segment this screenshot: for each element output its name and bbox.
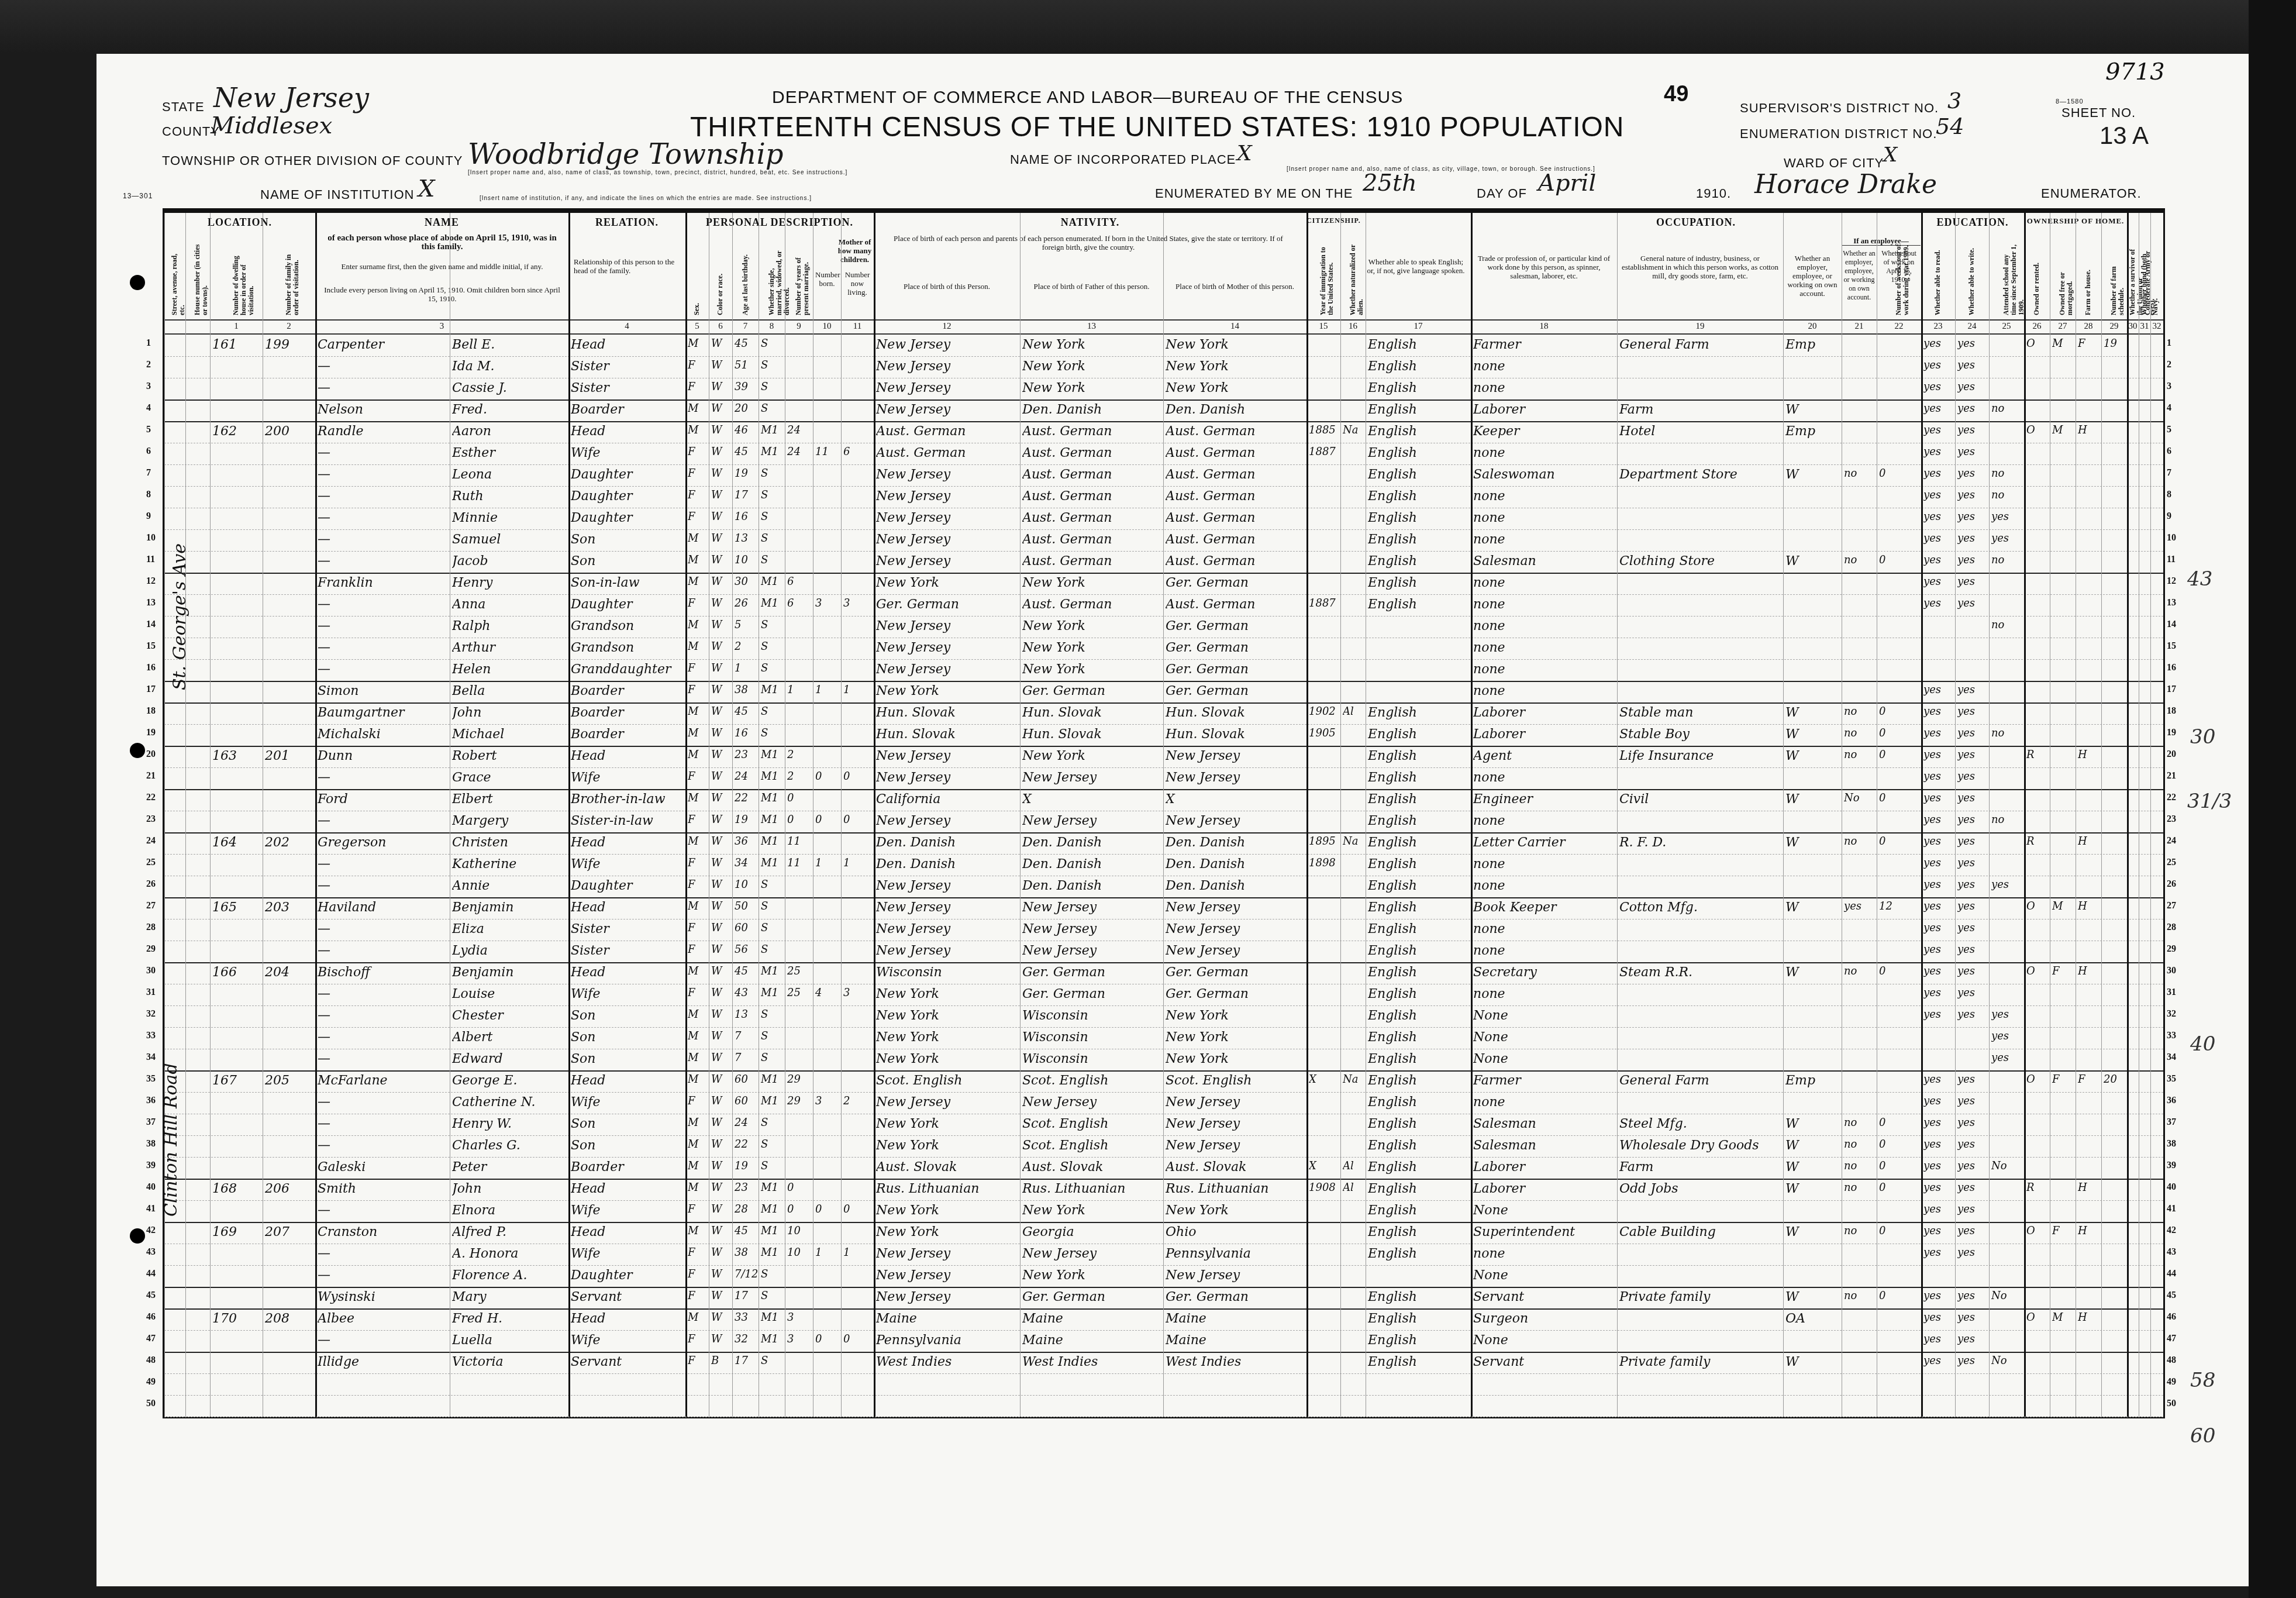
cell-dw: 169	[212, 1225, 261, 1239]
cell-mpob: New Jersey	[1166, 749, 1305, 763]
cell-read: yes	[1923, 554, 1954, 566]
stamp-number: 49	[1664, 82, 1688, 107]
cell-surname: —	[318, 640, 449, 655]
cell-occ: none	[1473, 576, 1616, 590]
cell-ms: S	[761, 619, 784, 631]
cell-school: yes	[1991, 1030, 2023, 1042]
cell-ind: Wholesale Dry Goods	[1619, 1138, 1782, 1153]
cell-occ: none	[1473, 770, 1616, 785]
cell-emp: W	[1785, 1138, 1840, 1153]
table-row: —A. HonoraWifeFW38M11011New JerseyNew Je…	[164, 1244, 2163, 1266]
cell-sex: F	[688, 489, 708, 501]
cell-lang: English	[1368, 489, 1470, 504]
cell-out: no	[1844, 467, 1876, 480]
line-number: 20	[2167, 749, 2176, 760]
cell-age: 7	[735, 1030, 757, 1042]
cell-pob: West Indies	[876, 1355, 1019, 1369]
cell-write: yes	[1957, 381, 1988, 393]
cell-mpob: Aust. German	[1166, 446, 1305, 460]
cell-wks: 0	[1879, 749, 1920, 761]
column-number: 26	[2024, 322, 2050, 332]
cell-yrs: 0	[787, 814, 812, 826]
table-row: —ElnoraWifeFW28M1000New YorkNew YorkNew …	[164, 1200, 2163, 1223]
cell-fpob: Aust. German	[1022, 511, 1162, 525]
line-number: 34	[146, 1052, 156, 1063]
cell-age: 17	[735, 1290, 757, 1302]
cell-emp: W	[1785, 402, 1840, 417]
cell-given: Lydia	[452, 943, 567, 958]
table-row: —MinnieDaughterFW16SNew JerseyAust. Germ…	[164, 508, 2163, 530]
cell-own: O	[2026, 965, 2049, 977]
column-divider	[732, 213, 733, 1417]
cell-write: yes	[1957, 489, 1988, 501]
cell-fpob: New Jersey	[1022, 922, 1162, 936]
cell-mpob: Den. Danish	[1166, 835, 1305, 850]
cell-race: W	[711, 835, 731, 848]
cell-pob: Pennsylvania	[876, 1333, 1019, 1348]
cell-rel: Sister	[571, 381, 684, 395]
cell-read: yes	[1923, 900, 1954, 912]
cell-fpob: New York	[1022, 337, 1162, 352]
cell-write: yes	[1957, 359, 1988, 371]
cell-mpob: Ger. German	[1166, 662, 1305, 677]
cell-lang: English	[1368, 727, 1470, 742]
cell-pob: Aust. German	[876, 446, 1019, 460]
cell-rel: Daughter	[571, 597, 684, 612]
column-number: 27	[2050, 322, 2076, 332]
line-number: 1	[2167, 338, 2171, 349]
cell-ms: M1	[761, 814, 784, 826]
cell-pob: New Jersey	[876, 943, 1019, 958]
day-of-label: day of	[1477, 186, 1527, 201]
cell-given: Cassie J.	[452, 381, 567, 395]
supervisor-value: 3	[1947, 88, 1961, 113]
cell-farm: H	[2078, 424, 2100, 436]
cell-lang: English	[1368, 1073, 1470, 1088]
column-header-vertical: Sex.	[693, 242, 701, 315]
line-number: 33	[146, 1031, 156, 1041]
cell-write: yes	[1957, 814, 1988, 826]
cell-ms: M1	[761, 770, 784, 783]
cell-ms: M1	[761, 1073, 784, 1086]
line-number: 27	[2167, 901, 2176, 911]
table-row: 170208AlbeeFred H.HeadMW33M13MaineMaineM…	[164, 1308, 2163, 1331]
cell-surname: Randle	[318, 424, 449, 439]
cell-pob: Hun. Slovak	[876, 727, 1019, 742]
line-number: 11	[146, 555, 155, 565]
cell-mpob: New Jersey	[1166, 900, 1305, 915]
cell-sex: M	[688, 1073, 708, 1086]
cell-free: F	[2052, 965, 2074, 977]
cell-read: yes	[1923, 835, 1954, 848]
cell-occ: none	[1473, 359, 1616, 374]
table-row: BaumgartnerJohnBoarderMW45SHun. SlovakHu…	[164, 702, 2163, 725]
cell-occ: Servant	[1473, 1355, 1616, 1369]
line-number: 18	[2167, 706, 2176, 717]
column-number: 23	[1921, 322, 1955, 332]
name-instr-2: Include every person living on April 15,…	[322, 285, 562, 303]
cell-fpob: Maine	[1022, 1311, 1162, 1326]
cell-mpob: New Jersey	[1166, 1138, 1305, 1153]
cell-out: no	[1844, 1117, 1876, 1129]
table-row: FordElbertBrother-in-lawMW22M10Californi…	[164, 789, 2163, 811]
cell-fpob: Wisconsin	[1022, 1030, 1162, 1045]
line-number: 2	[2167, 360, 2171, 370]
line-number: 6	[146, 446, 151, 457]
cell-surname: —	[318, 532, 449, 547]
cell-mpob: New Jersey	[1166, 814, 1305, 828]
group-location: LOCATION.	[164, 216, 315, 229]
cell-pob: New Jersey	[876, 922, 1019, 936]
cell-race: W	[711, 424, 731, 436]
cell-out: no	[1844, 554, 1876, 566]
cell-race: W	[711, 922, 731, 934]
line-number: 47	[2167, 1334, 2176, 1344]
cell-given: Mary	[452, 1290, 567, 1304]
cell-surname: Albee	[318, 1311, 449, 1326]
cell-read: yes	[1923, 402, 1954, 415]
cell-yrs: 0	[787, 1182, 812, 1194]
ed-label: Enumeration District No.	[1740, 126, 1937, 142]
cell-race: W	[711, 1311, 731, 1324]
column-divider	[185, 213, 186, 1417]
cell-sex: M	[688, 900, 708, 912]
column-header-vertical: Street, avenue, road, etc.	[171, 242, 186, 315]
cell-write: yes	[1957, 1333, 1988, 1345]
cell-race: W	[711, 1008, 731, 1021]
line-number: 46	[146, 1312, 156, 1323]
cell-sex: F	[688, 857, 708, 869]
cell-mpob: Aust. Slovak	[1166, 1160, 1305, 1175]
cell-age: 10	[735, 554, 757, 566]
cell-age: 19	[735, 814, 757, 826]
cell-pob: New York	[876, 1138, 1019, 1153]
cell-race: W	[711, 857, 731, 869]
cell-wks: 0	[1879, 554, 1920, 566]
cell-lang: English	[1368, 900, 1470, 915]
table-row: MichalskiMichaelBoarderMW16SHun. SlovakH…	[164, 724, 2163, 747]
line-number: 50	[2167, 1399, 2176, 1409]
line-number: 7	[146, 468, 151, 478]
cell-wks: 0	[1879, 792, 1920, 804]
cell-living: 3	[843, 987, 873, 999]
line-number: 2	[146, 360, 151, 370]
cell-sex: F	[688, 467, 708, 480]
cell-fpob: New Jersey	[1022, 943, 1162, 958]
cell-race: W	[711, 1030, 731, 1042]
cell-fpob: New Jersey	[1022, 770, 1162, 785]
cell-born: 1	[815, 684, 840, 696]
cell-ind: Civil	[1619, 792, 1782, 807]
table-row: 164202GregersonChristenHeadMW36M111Den. …	[164, 832, 2163, 855]
column-header-vertical: Year of immigration to the United States…	[1319, 242, 1335, 315]
line-number: 19	[2167, 728, 2176, 738]
cell-sex: M	[688, 727, 708, 739]
cell-lang: English	[1368, 1030, 1470, 1045]
cell-pob: New York	[876, 1203, 1019, 1218]
cell-write: yes	[1957, 1182, 1988, 1194]
cell-read: yes	[1923, 1008, 1954, 1021]
cell-sex: M	[688, 1225, 708, 1237]
cell-mpob: Ohio	[1166, 1225, 1305, 1239]
cell-mpob: Den. Danish	[1166, 879, 1305, 893]
table-row: WysinskiMaryServantFW17SNew JerseyGer. G…	[164, 1287, 2163, 1310]
line-number: 5	[146, 425, 151, 435]
cell-ms: M1	[761, 1095, 784, 1107]
cell-emp: W	[1785, 900, 1840, 915]
table-row: —AnnieDaughterFW10SNew JerseyDen. Danish…	[164, 876, 2163, 898]
cell-read: yes	[1923, 1355, 1954, 1367]
cell-emp: Emp	[1785, 1073, 1840, 1088]
cell-surname: —	[318, 879, 449, 893]
cell-ind: Farm	[1619, 402, 1782, 417]
table-row: —EdwardSonMW7SNew YorkWisconsinNew YorkE…	[164, 1049, 2163, 1072]
column-header-vertical: Farm or house.	[2084, 242, 2092, 315]
cell-surname: —	[318, 814, 449, 828]
cell-farm: H	[2078, 749, 2100, 761]
page-number: 9713	[2105, 58, 2165, 85]
cell-fpob: Maine	[1022, 1333, 1162, 1348]
cell-given: Catherine N.	[452, 1095, 567, 1110]
department-title: DEPARTMENT OF COMMERCE AND LABOR—BUREAU …	[772, 88, 1403, 108]
cell-write: yes	[1957, 1073, 1988, 1086]
cell-lang: English	[1368, 987, 1470, 1001]
line-number: 42	[146, 1225, 156, 1236]
column-divider	[2127, 213, 2129, 1417]
cell-occ: Secretary	[1473, 965, 1616, 980]
column-header-vertical: Number of dwelling house in order of vis…	[232, 242, 255, 315]
cell-mpob: Ger. German	[1166, 576, 1305, 590]
cell-read: yes	[1923, 424, 1954, 436]
cell-ms: S	[761, 1138, 784, 1151]
cell-dw: 161	[212, 337, 261, 352]
column-divider	[1877, 213, 1877, 1417]
cell-fpob: New Jersey	[1022, 814, 1162, 828]
column-numbers: 1234567891011121314151617181920212223242…	[164, 321, 2163, 335]
cell-yrs: 10	[787, 1225, 812, 1237]
cell-age: 17	[735, 1355, 757, 1367]
cell-lang: English	[1368, 965, 1470, 980]
column-divider	[2076, 213, 2076, 1417]
cell-given: Bell E.	[452, 337, 567, 352]
cell-occ: none	[1473, 1095, 1616, 1110]
table-row: —LuellaWifeFW32M1300PennsylvaniaMaineMai…	[164, 1330, 2163, 1353]
cell-school: no	[1991, 489, 2023, 501]
table-row: —Ida M.SisterFW51SNew JerseyNew YorkNew …	[164, 356, 2163, 378]
cell-age: 51	[735, 359, 757, 371]
cell-rel: Daughter	[571, 467, 684, 482]
cell-rel: Sister	[571, 359, 684, 374]
cell-ind: Private family	[1619, 1290, 1782, 1304]
cell-pob: New Jersey	[876, 359, 1019, 374]
cell-race: W	[711, 943, 731, 956]
line-number: 6	[2167, 446, 2171, 457]
cell-ms: S	[761, 402, 784, 415]
group-personal: PERSONAL DESCRIPTION.	[685, 216, 874, 229]
cell-free: F	[2052, 1225, 2074, 1237]
cell-wks: 0	[1879, 1117, 1920, 1129]
cell-out: no	[1844, 705, 1876, 718]
column-header: Whether an employer, employee, or workin…	[1785, 254, 1839, 298]
cell-mpob: X	[1166, 792, 1305, 807]
cell-pob: New Jersey	[876, 770, 1019, 785]
cell-fpob: New Jersey	[1022, 1246, 1162, 1261]
incorporated-value: X	[1237, 142, 1252, 166]
column-divider	[2101, 213, 2102, 1417]
cell-surname: Ford	[318, 792, 449, 807]
cell-lang: English	[1368, 792, 1470, 807]
column-header-vertical: Owned or rented.	[2033, 242, 2040, 315]
cell-ms: M1	[761, 1225, 784, 1237]
cell-farm: H	[2078, 1311, 2100, 1324]
cell-surname: —	[318, 597, 449, 612]
cell-occ: none	[1473, 684, 1616, 698]
cell-emp: W	[1785, 1160, 1840, 1175]
cell-given: Margery	[452, 814, 567, 828]
column-number: 7	[732, 322, 759, 332]
state-value: New Jersey	[213, 82, 369, 113]
line-number: 23	[146, 814, 156, 825]
line-number: 3	[2167, 381, 2171, 392]
cell-emp: W	[1785, 965, 1840, 980]
line-number: 32	[146, 1009, 156, 1020]
cell-fpob: New York	[1022, 640, 1162, 655]
cell-ms: M1	[761, 1182, 784, 1194]
cell-ind: Cotton Mfg.	[1619, 900, 1782, 915]
cell-surname: —	[318, 446, 449, 460]
cell-fpob: Ger. German	[1022, 965, 1162, 980]
cell-mpob: Ger. German	[1166, 619, 1305, 633]
cell-age: 13	[735, 532, 757, 545]
column-header-vertical: Whether blind (both eyes).	[2140, 242, 2156, 315]
table-row: 166204BischoffBenjaminHeadMW45M125Wiscon…	[164, 962, 2163, 984]
table-row: IllidgeVictoriaServantFB17SWest IndiesWe…	[164, 1352, 2163, 1374]
cell-own: O	[2026, 337, 2049, 350]
cell-rel: Head	[571, 337, 684, 352]
cell-fpob: Aust. German	[1022, 446, 1162, 460]
cell-ms: S	[761, 640, 784, 653]
cell-rel: Son	[571, 1030, 684, 1045]
cell-nat: Al	[1343, 705, 1364, 718]
cell-surname: Franklin	[318, 576, 449, 590]
cell-ind: Cable Building	[1619, 1225, 1782, 1239]
cell-age: 60	[735, 1095, 757, 1107]
table-row: 163201DunnRobertHeadMW23M12New JerseyNew…	[164, 746, 2163, 768]
incorporated-label: Name of incorporated place	[1010, 152, 1236, 167]
cell-age: 39	[735, 381, 757, 393]
cell-mpob: New York	[1166, 359, 1305, 374]
cell-out: yes	[1844, 900, 1876, 912]
cell-age: 45	[735, 337, 757, 350]
cell-surname: Haviland	[318, 900, 449, 915]
cell-read: yes	[1923, 446, 1954, 458]
table-row: GaleskiPeterBoarderMW19SAust. SlovakAust…	[164, 1157, 2163, 1180]
cell-mpob: Aust. German	[1166, 467, 1305, 482]
cell-occ: none	[1473, 511, 1616, 525]
cell-read: yes	[1923, 467, 1954, 480]
cell-rel: Grandson	[571, 640, 684, 655]
cell-age: 45	[735, 705, 757, 718]
line-number: 13	[2167, 598, 2176, 608]
cell-fpob: New York	[1022, 662, 1162, 677]
cell-nat: Na	[1343, 835, 1364, 848]
sheet-value: 13 A	[2100, 122, 2149, 150]
cell-age: 20	[735, 402, 757, 415]
cell-lang: English	[1368, 1138, 1470, 1153]
cell-school: no	[1991, 814, 2023, 826]
cell-yrs: 1	[787, 684, 812, 696]
column-header-vertical: Whether single, married, widowed, or div…	[768, 242, 791, 315]
column-number: 32	[2150, 322, 2163, 332]
cell-race: W	[711, 792, 731, 804]
line-number: 22	[146, 793, 156, 803]
cell-read: yes	[1923, 1182, 1954, 1194]
cell-write: yes	[1957, 1203, 1988, 1215]
table-row: —HelenGranddaughterFW1SNew JerseyNew Yor…	[164, 659, 2163, 682]
cell-school: No	[1991, 1160, 2023, 1172]
group-occupation: OCCUPATION.	[1471, 216, 1921, 229]
cell-sex: F	[688, 1095, 708, 1107]
cell-given: Alfred P.	[452, 1225, 567, 1239]
cell-wks: 0	[1879, 1138, 1920, 1151]
cell-dw: 167	[212, 1073, 261, 1088]
cell-race: W	[711, 381, 731, 393]
cell-yrs: 29	[787, 1073, 812, 1086]
cell-out: no	[1844, 1182, 1876, 1194]
line-number: 27	[146, 901, 156, 911]
column-divider	[1783, 213, 1784, 1417]
cell-surname: —	[318, 467, 449, 482]
cell-rel: Son	[571, 1117, 684, 1131]
cell-lang: English	[1368, 337, 1470, 352]
cell-pob: New Jersey	[876, 640, 1019, 655]
cell-sex: F	[688, 814, 708, 826]
cell-rel: Wife	[571, 1333, 684, 1348]
scan-border-top	[0, 0, 2296, 54]
cell-sex: F	[688, 597, 708, 609]
cell-given: Ida M.	[452, 359, 567, 374]
cell-write: yes	[1957, 597, 1988, 609]
cell-pob: Maine	[876, 1311, 1019, 1326]
cell-yrs: 24	[787, 424, 812, 436]
cell-pob: Den. Danish	[876, 835, 1019, 850]
cell-read: yes	[1923, 1225, 1954, 1237]
institution-label: Name of institution	[260, 187, 414, 202]
cell-sex: F	[688, 943, 708, 956]
cell-pob: New York	[876, 1008, 1019, 1023]
ed-value: 54	[1936, 113, 1964, 139]
cell-ms: M1	[761, 1333, 784, 1345]
cell-own: R	[2026, 835, 2049, 848]
cell-sex: M	[688, 1311, 708, 1324]
cell-ms: S	[761, 705, 784, 718]
cell-school: yes	[1991, 1008, 2023, 1021]
cell-fpob: New York	[1022, 359, 1162, 374]
column-number: 3	[315, 322, 568, 332]
table-row: —Henry W.SonMW24SNew YorkScot. EnglishNe…	[164, 1114, 2163, 1136]
cell-lang: English	[1368, 1095, 1470, 1110]
line-number: 31	[2167, 987, 2176, 998]
cell-rel: Boarder	[571, 402, 684, 417]
column-header-vertical: Whether able to write.	[1968, 242, 1976, 315]
cell-read: yes	[1923, 532, 1954, 545]
cell-rel: Boarder	[571, 727, 684, 742]
column-header: Place of birth of Mother of this person.	[1166, 282, 1304, 291]
cell-school: no	[1991, 467, 2023, 480]
cell-given: Michael	[452, 727, 567, 742]
cell-yrs: 25	[787, 987, 812, 999]
cell-school: no	[1991, 402, 2023, 415]
